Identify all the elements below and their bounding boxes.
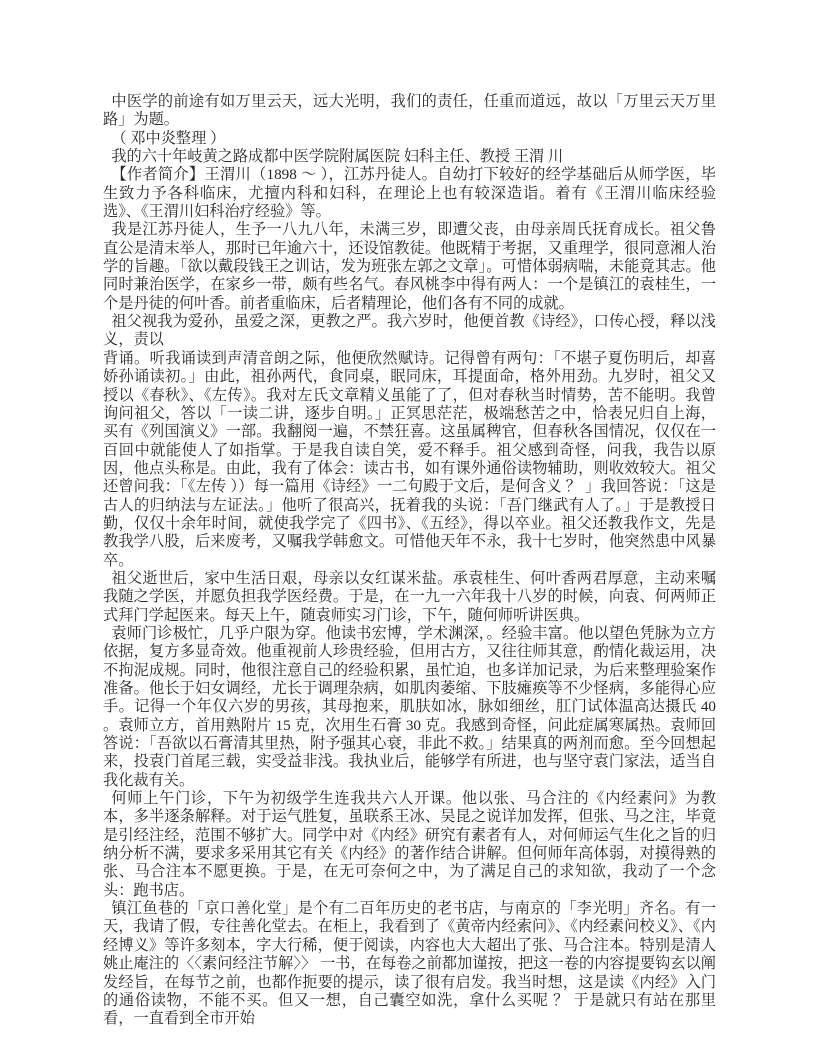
- paragraph-master-he: 何师上午门诊，下午为初级学生连我共六人开课。他以张、马合注的《内经素问》为教本，…: [103, 790, 716, 900]
- article-byline: 我的六十年岐黄之路成都中医学院附属医院 妇科主任、教授 王渭 川: [103, 148, 716, 166]
- paragraph-bookstore-visit: 镇江鱼巷的「京口善化堂」是个有二百年历史的老书店，与南京的「李光明」齐名。有一天…: [103, 900, 716, 1028]
- paragraph-grandfather-teaching: 祖父视我为爱孙，虽爱之深，更教之严。我六岁时，他便首教《诗经》，口传心授，释以浅…: [103, 313, 716, 350]
- paragraph-master-yuan: 袁师门诊极忙，几乎户限为穿。他读书宏博，学术渊深，。经验丰富。他以望色凭脉为立方…: [103, 625, 716, 790]
- editor-credit: （ 邓中炎整理 ）: [103, 130, 716, 148]
- paragraph-grandfather-teaching-continued: 背诵。听我诵读到声清音朗之际，他便欣然赋诗。记得曾有两句：「不堪子夏伤明后，却喜…: [103, 350, 716, 570]
- document-text-block: 中医学的前途有如万里云天，远大光明，我们的责任，任重而道远，故以「万里云天万里路…: [103, 93, 716, 1029]
- author-bio: 【作者简介】王渭川（1898 ～ ），江苏丹徒人。自幼打下较好的经学基础后从师学…: [103, 166, 716, 221]
- paragraph-apprenticeship-start: 祖父逝世后，家中生活日艰，母亲以女红谋米盐。承袁桂生、何叶香两君厚意，主动来嘱我…: [103, 570, 716, 625]
- paragraph-theme-intro: 中医学的前途有如万里云天，远大光明，我们的责任，任重而道远，故以「万里云天万里路…: [103, 93, 716, 130]
- paragraph-family-origin: 我是江苏丹徒人，生予一八九八年，未满三岁，即遭父丧，由母亲周氏抚育成长。祖父鲁直…: [103, 221, 716, 313]
- document-page: 中医学的前途有如万里云天，远大光明，我们的责任，任重而道远，故以「万里云天万里路…: [0, 0, 816, 1056]
